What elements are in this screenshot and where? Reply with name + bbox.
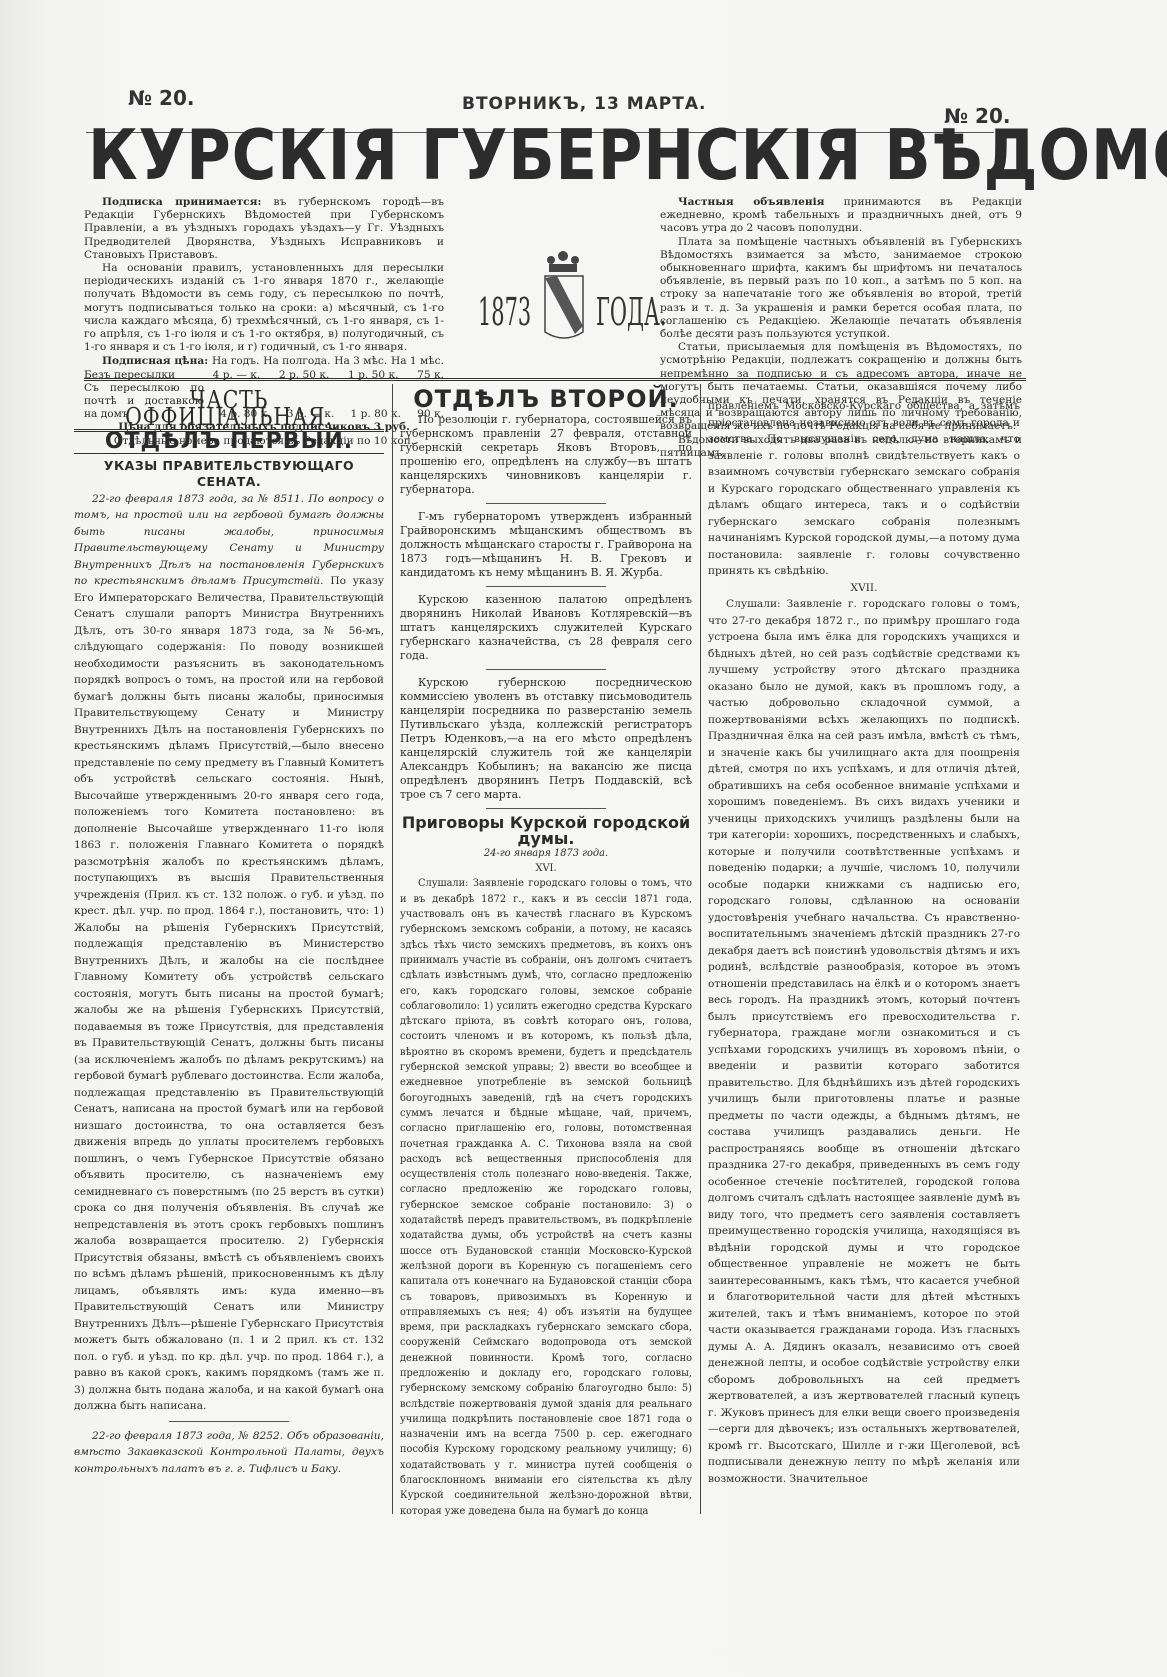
divider: [486, 669, 606, 670]
dateline: ВТОРНИКЪ, 13 МАРТА.: [462, 94, 706, 114]
ads-para-2: Плата за помѣщеніе частныхъ объявленій в…: [660, 236, 1022, 342]
duma-item-number: XVII.: [708, 580, 1020, 597]
divider: [486, 808, 606, 809]
year-word: ГОДА.: [596, 290, 666, 334]
newspaper-page: № 20. ВТОРНИКЪ, 13 МАРТА. № 20. КУРСКІЯ …: [0, 0, 1167, 1677]
part-official-title: ЧАСТЬ ОФФИЦІАЛЬНАЯ.: [97, 392, 361, 425]
ads-para-1: Частныя объявленія принимаются въ Редакц…: [660, 196, 1022, 236]
divider: [486, 586, 606, 587]
notice-3: Курскою казенною палатою опредѣленъ двор…: [400, 593, 692, 663]
duma-item-number: XVI.: [400, 861, 692, 876]
column-2: ОТДѢЛЪ ВТОРОЙ. По резолюціи г. губернато…: [400, 392, 692, 1519]
divider: [169, 1421, 289, 1422]
duma-item-xvii: Слушали: Заявленіе г. городскаго головы …: [708, 596, 1020, 1487]
notice-1: По резолюціи г. губернатора, состоявшейс…: [400, 413, 692, 497]
divider: [486, 503, 606, 504]
ukaz-2: 22-го февраля 1873 года, № 8252. Объ обр…: [74, 1428, 384, 1478]
subscription-para-2: На основаніи правилъ, установленныхъ для…: [84, 262, 444, 354]
section-two-title: ОТДѢЛЪ ВТОРОЙ.: [400, 392, 692, 407]
year-number: 1873: [478, 290, 531, 334]
notice-4: Курскою губернскою посредническою коммис…: [400, 676, 692, 802]
duma-date: 24-го января 1873 года.: [400, 846, 692, 861]
column-3: правленіемъ Московско-Курскаго общества,…: [708, 398, 1020, 1487]
kursk-crest-icon: [537, 248, 589, 346]
section-rule: [84, 378, 1026, 381]
masthead-title: КУРСКІЯ ГУБЕРНСКІЯ ВѢДОМОСТИ.: [88, 118, 971, 194]
issue-number-left: № 20.: [128, 86, 194, 110]
ukaz-1-intro: 22-го февраля 1873 года, за № 8511. По в…: [74, 491, 384, 1415]
section-one-title: ОТДѢЛЪ ПЕРВЫЙ.: [74, 434, 384, 451]
column-divider-2: [700, 384, 701, 1514]
column-1: ЧАСТЬ ОФФИЦІАЛЬНАЯ. ОТДѢЛЪ ПЕРВЫЙ. УКАЗЫ…: [74, 392, 384, 1477]
notice-2: Г-мъ губернаторомъ утвержденъ избранный …: [400, 510, 692, 580]
price-header-row: Подписная цѣна: На годъ. На полгода. На …: [84, 355, 444, 368]
column-divider-1: [392, 384, 393, 1514]
duma-item-xvi: Слушали: Заявленіе городскаго головы о т…: [400, 876, 692, 1518]
subscription-para-1: Подписка принимается: въ губернскомъ гор…: [84, 196, 444, 262]
senate-decrees-heading: УКАЗЫ ПРАВИТЕЛЬСТВУЮЩАГО СЕНАТА.: [74, 458, 384, 491]
duma-verdicts-heading: Приговоры Курской городской думы.: [400, 815, 692, 846]
duma-item-xvi-continued: правленіемъ Московско-Курскаго общества,…: [708, 398, 1020, 580]
